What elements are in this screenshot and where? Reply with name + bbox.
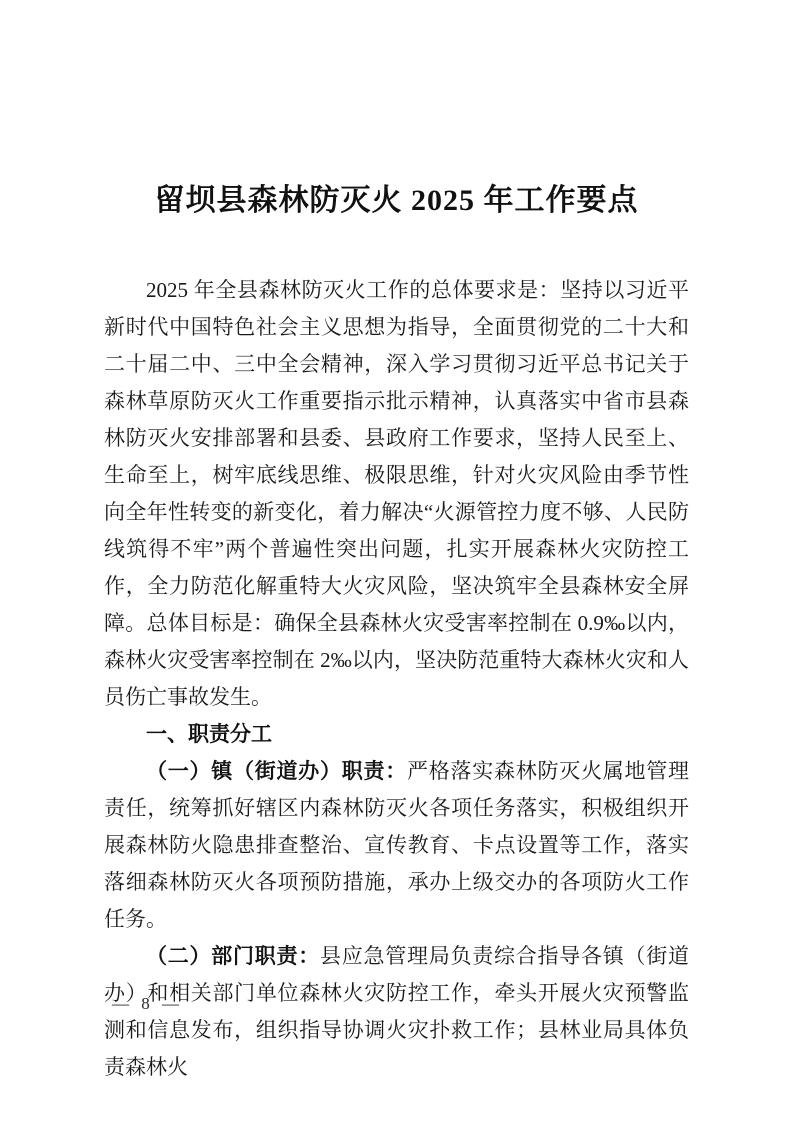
paragraph-town-duties-text: 严格落实森林防灭火属地管理责任，统筹抓好辖区内森林防灭火各项任务落实，积极组织开…	[104, 759, 689, 931]
paragraph-town-duties-label: （一）镇（街道办）职责：	[146, 759, 407, 783]
paragraph-department-duties-label: （二）部门职责：	[146, 944, 320, 968]
document-page: 留坝县森林防灭火 2025 年工作要点 2025 年全县森林防灭火工作的总体要求…	[0, 0, 793, 1122]
paragraph-town-duties: （一）镇（街道办）职责：严格落实森林防灭火属地管理责任，统筹抓好辖区内森林防灭火…	[104, 753, 689, 938]
intro-paragraph: 2025 年全县森林防灭火工作的总体要求是：坚持以习近平新时代中国特色社会主义思…	[104, 272, 689, 716]
section-heading-duties: 一、职责分工	[104, 716, 689, 753]
paragraph-department-duties: （二）部门职责：县应急管理局负责综合指导各镇（街道办）和相关部门单位森林火灾防控…	[104, 938, 689, 1086]
document-title: 留坝县森林防灭火 2025 年工作要点	[104, 183, 689, 219]
document-content: 留坝县森林防灭火 2025 年工作要点 2025 年全县森林防灭火工作的总体要求…	[104, 183, 689, 1086]
page-number: — 8 —	[112, 993, 183, 1015]
document-body: 2025 年全县森林防灭火工作的总体要求是：坚持以习近平新时代中国特色社会主义思…	[104, 272, 689, 1086]
